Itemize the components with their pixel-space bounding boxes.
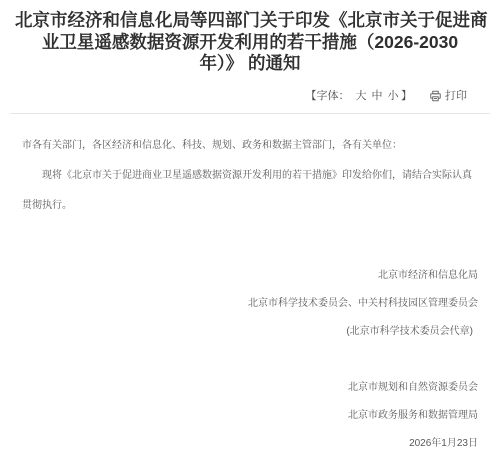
signature-line: 北京市规划和自然资源委员会 [22, 374, 478, 402]
font-size-large-button[interactable]: 大 [356, 89, 367, 103]
page-title: 北京市经济和信息化局等四部门关于印发《北京市关于促进商 业卫星遥感数据资源开发利… [15, 10, 485, 75]
font-switcher-label-open: 【字体： [306, 89, 350, 103]
article-toolbar: 【字体：大中小】 打印 [22, 89, 478, 103]
document-body: 市各有关部门，各区经济和信息化、科技、规划、政务和数据主管部门，各有关单位： 现… [22, 131, 478, 221]
salutation-paragraph: 市各有关部门，各区经济和信息化、科技、规划、政务和数据主管部门，各有关单位： [22, 131, 478, 161]
printer-icon [429, 90, 442, 102]
print-button-label: 打印 [445, 89, 467, 103]
font-size-small-button[interactable]: 小 [388, 89, 399, 103]
signature-group-1: 北京市经济和信息化局 北京市科学技术委员会、中关村科技园区管理委员会 (北京市科… [22, 262, 478, 346]
signature-line: 北京市经济和信息化局 [22, 262, 478, 290]
signature-line: 北京市政务服务和数据管理局 [22, 402, 478, 430]
font-size-medium-button[interactable]: 中 [372, 89, 383, 103]
title-line-3: 年）》 的通知 [15, 53, 485, 75]
main-paragraph: 现将《北京市关于促进商业卫星遥感数据资源开发利用的若干措施》印发给你们，请结合实… [22, 161, 478, 221]
header-divider [10, 113, 490, 114]
signature-line: 北京市科学技术委员会、中关村科技园区管理委员会 [22, 290, 478, 318]
signature-stamp-note: (北京市科学技术委员会代章) [22, 318, 478, 346]
font-size-switcher: 【字体：大中小】 [306, 89, 413, 103]
notice-page: 北京市经济和信息化局等四部门关于印发《北京市关于促进商 业卫星遥感数据资源开发利… [0, 0, 500, 455]
signature-group-2: 北京市规划和自然资源委员会 北京市政务服务和数据管理局 [22, 374, 478, 430]
signature-block: 北京市经济和信息化局 北京市科学技术委员会、中关村科技园区管理委员会 (北京市科… [22, 262, 478, 455]
title-line-1: 北京市经济和信息化局等四部门关于印发《北京市关于促进商 [15, 10, 485, 32]
font-switcher-label-close: 】 [401, 89, 412, 103]
print-button[interactable]: 打印 [429, 89, 467, 103]
document-date: 2026年1月23日 [22, 430, 478, 455]
title-line-2: 业卫星遥感数据资源开发利用的若干措施（2026-2030 [15, 32, 485, 54]
